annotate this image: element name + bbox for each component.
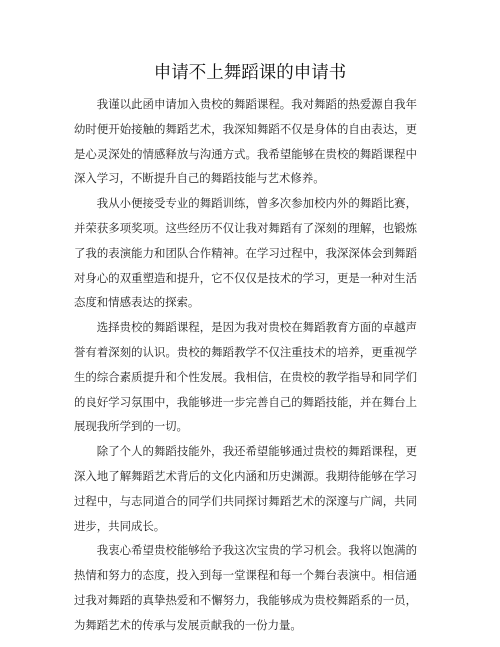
paragraph-5: 我衷心希望贵校能够给予我这次宝贵的学习机会。我将以饱满的热情和努力的态度，投入到… [74, 538, 417, 637]
paragraph-2: 我从小便接受专业的舞蹈训练，曾多次参加校内外的舞蹈比赛，并荣获多项奖项。这些经历… [74, 191, 417, 315]
paragraph-3: 选择贵校的舞蹈课程，是因为我对贵校在舞蹈教育方面的卓越声誉有着深刻的认识。贵校的… [74, 315, 417, 439]
paragraph-1: 我谨以此函申请加入贵校的舞蹈课程。我对舞蹈的热爱源自我年幼时便开始接触的舞蹈艺术… [74, 92, 417, 191]
document-title: 申请不上舞蹈课的申请书 [0, 60, 500, 86]
document-page: 申请不上舞蹈课的申请书 我谨以此函申请加入贵校的舞蹈课程。我对舞蹈的热爱源自我年… [0, 0, 500, 647]
paragraph-4: 除了个人的舞蹈技能外，我还希望能够通过贵校的舞蹈课程，更深入地了解舞蹈艺术背后的… [74, 439, 417, 538]
document-body: 我谨以此函申请加入贵校的舞蹈课程。我对舞蹈的热爱源自我年幼时便开始接触的舞蹈艺术… [74, 92, 417, 638]
